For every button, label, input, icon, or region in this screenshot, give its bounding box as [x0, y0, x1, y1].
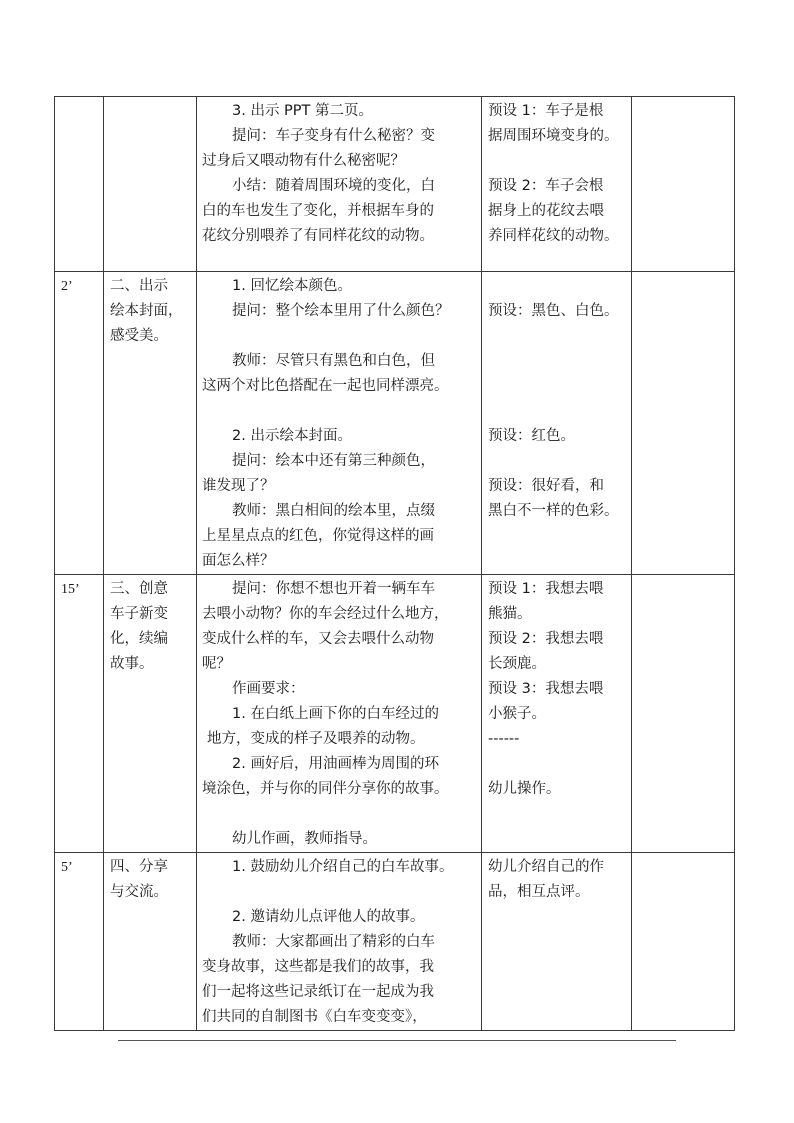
stage-line: 四、分享	[110, 855, 191, 880]
activity-line: 们共同的自制图书《白车变变变》，	[202, 1005, 477, 1030]
activity-line: 呢？	[202, 652, 477, 677]
time-value	[55, 97, 103, 99]
activity-line: 教师：黑白相间的绘本里，点缀	[202, 499, 477, 524]
stage-line: 二、出示	[110, 274, 191, 299]
activity-line: 1. 鼓励幼儿介绍自己的白车故事。	[202, 855, 477, 880]
activity-line: 境涂色，并与你的同伴分享你的故事。	[202, 777, 477, 802]
activity-line	[202, 880, 477, 905]
expected-response-cell: 幼儿介绍自己的作品，相互点评。	[482, 853, 632, 1031]
time-value: 2’	[55, 272, 103, 299]
activity-line: 1. 在白纸上画下你的白车经过的	[202, 702, 477, 727]
time-value: 15’	[55, 575, 103, 602]
activity-line: 2. 出示绘本封面。	[202, 424, 477, 449]
time-cell: 2’	[55, 272, 104, 575]
notes-value	[632, 272, 734, 274]
stage-line: 故事。	[110, 652, 191, 677]
expected-line: 小猴子。	[488, 702, 626, 727]
expected-line	[488, 449, 626, 474]
table-row: 15’三、创意车子新变化，续编故事。提问：你想不想也开着一辆车车去喂小动物？你的…	[55, 575, 735, 853]
activity-line: 2. 邀请幼儿点评他人的故事。	[202, 905, 477, 930]
expected-line: 据身上的花纹去喂	[488, 199, 626, 224]
activity-line: 3. 出示 PPT 第二页。	[202, 99, 477, 124]
expected-line: 幼儿操作。	[488, 777, 626, 802]
notes-cell	[632, 575, 735, 853]
lesson-plan-table: 3. 出示 PPT 第二页。提问：车子变身有什么秘密？变过身后又喂动物有什么秘密…	[54, 96, 735, 1031]
activity-line: 面怎么样？	[202, 549, 477, 574]
expected-line: 预设 2：车子会根	[488, 174, 626, 199]
activity-cell: 提问：你想不想也开着一辆车车去喂小动物？你的车会经过什么地方，变成什么样的车，又…	[197, 575, 482, 853]
activity-line: 去喂小动物？你的车会经过什么地方，	[202, 602, 477, 627]
expected-line	[488, 324, 626, 349]
time-value: 5’	[55, 853, 103, 880]
activity-line: 教师：大家都画出了精彩的白车	[202, 930, 477, 955]
expected-line: 预设 3：我想去喂	[488, 677, 626, 702]
activity-line: 提问：你想不想也开着一辆车车	[202, 577, 477, 602]
stage-line: 化，续编	[110, 627, 191, 652]
expected-line: 品，相互点评。	[488, 880, 626, 905]
expected-response-cell: 预设 1：我想去喂熊猫。预设 2：我想去喂长颈鹿。预设 3：我想去喂小猴子。--…	[482, 575, 632, 853]
activity-line	[202, 802, 477, 827]
activity-cell: 1. 鼓励幼儿介绍自己的白车故事。2. 邀请幼儿点评他人的故事。教师：大家都画出…	[197, 853, 482, 1031]
time-cell: 5’	[55, 853, 104, 1031]
expected-response-cell: 预设 1：车子是根据周围环境变身的。预设 2：车子会根据身上的花纹去喂养同样花纹…	[482, 97, 632, 272]
notes-value	[632, 575, 734, 577]
activity-line: 这两个对比色搭配在一起也同样漂亮。	[202, 374, 477, 399]
notes-cell	[632, 272, 735, 575]
table-row: 5’四、分享与交流。1. 鼓励幼儿介绍自己的白车故事。2. 邀请幼儿点评他人的故…	[55, 853, 735, 1031]
expected-line	[488, 274, 626, 299]
activity-line: 地方，变成的样子及喂养的动物。	[202, 727, 477, 752]
stage-line: 感受美。	[110, 324, 191, 349]
table-row: 2’二、出示绘本封面，感受美。1. 回忆绘本颜色。提问：整个绘本里用了什么颜色？…	[55, 272, 735, 575]
activity-line: 过身后又喂动物有什么秘密呢？	[202, 149, 477, 174]
time-cell: 15’	[55, 575, 104, 853]
expected-line	[488, 374, 626, 399]
activity-line: 1. 回忆绘本颜色。	[202, 274, 477, 299]
expected-line: 预设 1：车子是根	[488, 99, 626, 124]
activity-line: 变成什么样的车，又会去喂什么动物	[202, 627, 477, 652]
activity-line: 变身故事，这些都是我们的故事，我	[202, 955, 477, 980]
notes-value	[632, 853, 734, 855]
expected-line: 幼儿介绍自己的作	[488, 855, 626, 880]
activity-line	[202, 399, 477, 424]
notes-cell	[632, 97, 735, 272]
activity-line: 提问：车子变身有什么秘密？变	[202, 124, 477, 149]
activity-line: 们一起将这些记录纸订在一起成为我	[202, 980, 477, 1005]
activity-line: 小结：随着周围环境的变化，白	[202, 174, 477, 199]
activity-line: 谁发现了？	[202, 474, 477, 499]
activity-cell: 3. 出示 PPT 第二页。提问：车子变身有什么秘密？变过身后又喂动物有什么秘密…	[197, 97, 482, 272]
stage-cell: 三、创意车子新变化，续编故事。	[104, 575, 197, 853]
stage-cell: 二、出示绘本封面，感受美。	[104, 272, 197, 575]
stage-cell: 四、分享与交流。	[104, 853, 197, 1031]
expected-response-cell: 预设：黑色、白色。预设：红色。预设：很好看，和黑白不一样的色彩。	[482, 272, 632, 575]
expected-line	[488, 149, 626, 174]
expected-line	[488, 349, 626, 374]
expected-line	[488, 399, 626, 424]
activity-line: 作画要求：	[202, 677, 477, 702]
activity-line: 白的车也发生了变化，并根据车身的	[202, 199, 477, 224]
expected-line: 预设 1：我想去喂	[488, 577, 626, 602]
time-cell	[55, 97, 104, 272]
expected-line: ------	[488, 727, 626, 752]
expected-line: 长颈鹿。	[488, 652, 626, 677]
activity-line: 2. 画好后，用油画棒为周围的环	[202, 752, 477, 777]
expected-line: 预设：很好看，和	[488, 474, 626, 499]
footer-divider	[118, 1040, 676, 1041]
activity-line	[202, 324, 477, 349]
activity-line: 上星星点点的红色，你觉得这样的画	[202, 524, 477, 549]
activity-line: 幼儿作画，教师指导。	[202, 827, 477, 852]
stage-line: 与交流。	[110, 880, 191, 905]
activity-line: 提问：整个绘本里用了什么颜色？	[202, 299, 477, 324]
expected-line: 据周围环境变身的。	[488, 124, 626, 149]
expected-line: 黑白不一样的色彩。	[488, 499, 626, 524]
stage-line: 车子新变	[110, 602, 191, 627]
expected-line: 预设：黑色、白色。	[488, 299, 626, 324]
notes-cell	[632, 853, 735, 1031]
expected-line: 熊猫。	[488, 602, 626, 627]
expected-line: 预设：红色。	[488, 424, 626, 449]
table-row: 3. 出示 PPT 第二页。提问：车子变身有什么秘密？变过身后又喂动物有什么秘密…	[55, 97, 735, 272]
expected-line: 养同样花纹的动物。	[488, 224, 626, 249]
activity-line: 花纹分别喂养了有同样花纹的动物。	[202, 224, 477, 249]
activity-line: 提问：绘本中还有第三种颜色，	[202, 449, 477, 474]
stage-line: 绘本封面，	[110, 299, 191, 324]
expected-line	[488, 752, 626, 777]
expected-line: 预设 2：我想去喂	[488, 627, 626, 652]
stage-cell	[104, 97, 197, 272]
notes-value	[632, 97, 734, 99]
activity-cell: 1. 回忆绘本颜色。提问：整个绘本里用了什么颜色？教师：尽管只有黑色和白色，但这…	[197, 272, 482, 575]
stage-line: 三、创意	[110, 577, 191, 602]
activity-line: 教师：尽管只有黑色和白色，但	[202, 349, 477, 374]
